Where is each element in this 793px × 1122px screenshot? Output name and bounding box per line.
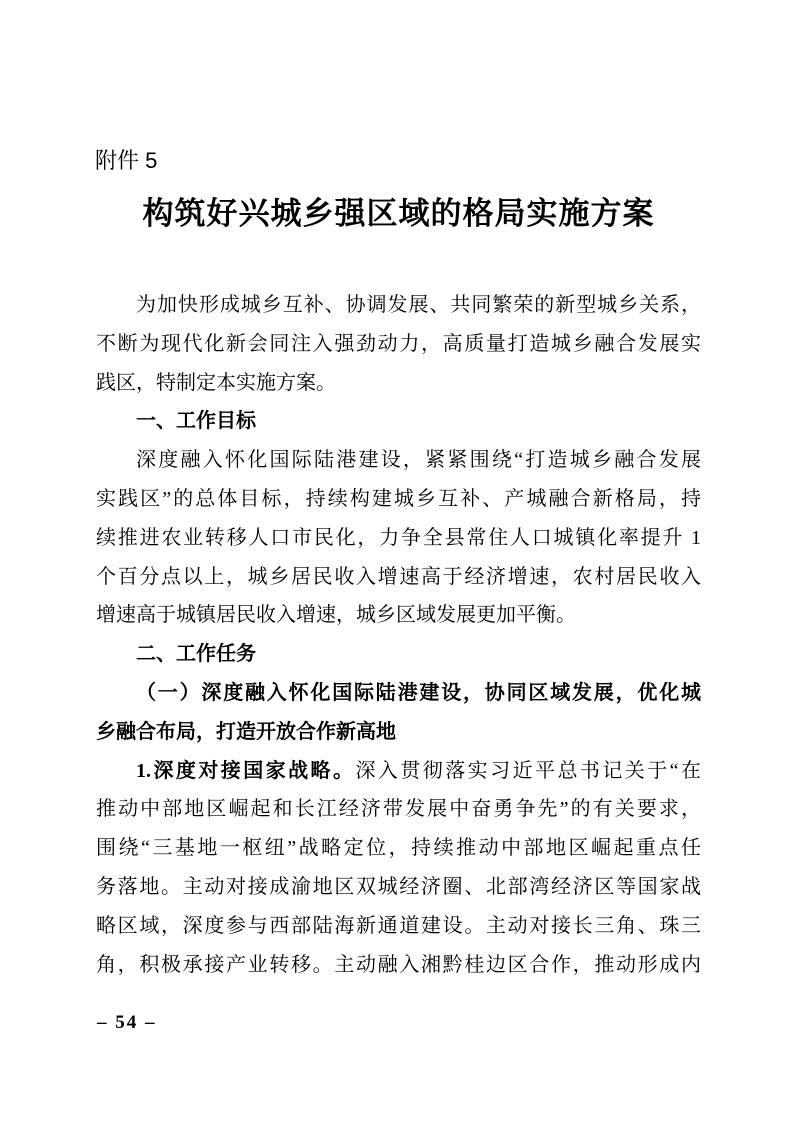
subsection-heading: （一）深度融入怀化国际陆港建设，协同区域发展，优化城	[96, 674, 701, 713]
paragraph-line: 推动中部地区崛起和长江经济带发展中奋勇争先”的有关要求，	[96, 790, 701, 829]
paragraph-text: 深入贯彻落实习近平总书记关于“在	[355, 760, 701, 782]
paragraph-line: 增速高于城镇居民收入增速，城乡区域发展更加平衡。	[96, 596, 701, 635]
paragraph-line: 略区域，深度参与西部陆海新通道建设。主动对接长三角、珠三	[96, 907, 701, 946]
section-heading: 一、工作目标	[96, 402, 701, 441]
paragraph-line: 角，积极承接产业转移。主动融入湘黔桂边区合作，推动形成内	[96, 946, 701, 985]
paragraph-line: 续推进农业转移人口市民化，力争全县常住人口城镇化率提升 1	[96, 519, 701, 558]
attachment-label: 附件 5	[95, 144, 157, 175]
paragraph-line: 务落地。主动对接成渝地区双城经济圈、北部湾经济区等国家战	[96, 868, 701, 907]
paragraph-line: 深度融入怀化国际陆港建设，紧紧围绕“打造城乡融合发展	[96, 441, 701, 480]
page-number: – 54 –	[97, 1012, 157, 1034]
numbered-item-lead: 1.深度对接国家战略。	[136, 760, 355, 782]
paragraph-line: 不断为现代化新会同注入强劲动力，高质量打造城乡融合发展实	[96, 325, 701, 364]
document-page: 附件 5 构筑好兴城乡强区域的格局实施方案 为加快形成城乡互补、协调发展、共同繁…	[0, 0, 793, 1122]
document-body: 为加快形成城乡互补、协调发展、共同繁荣的新型城乡关系， 不断为现代化新会同注入强…	[96, 286, 701, 984]
paragraph-line: 实践区”的总体目标，持续构建城乡互补、产城融合新格局，持	[96, 480, 701, 519]
paragraph-line: 为加快形成城乡互补、协调发展、共同繁荣的新型城乡关系，	[96, 286, 701, 325]
paragraph-line: 践区，特制定本实施方案。	[96, 364, 701, 403]
paragraph-line: 1.深度对接国家战略。深入贯彻落实习近平总书记关于“在	[96, 752, 701, 791]
paragraph-line: 个百分点以上，城乡居民收入增速高于经济增速，农村居民收入	[96, 558, 701, 597]
section-heading: 二、工作任务	[96, 635, 701, 674]
document-title: 构筑好兴城乡强区域的格局实施方案	[96, 188, 701, 233]
paragraph-line: 围绕“三基地一枢纽”战略定位，持续推动中部地区崛起重点任	[96, 829, 701, 868]
subsection-heading: 乡融合布局，打造开放合作新高地	[96, 713, 701, 752]
